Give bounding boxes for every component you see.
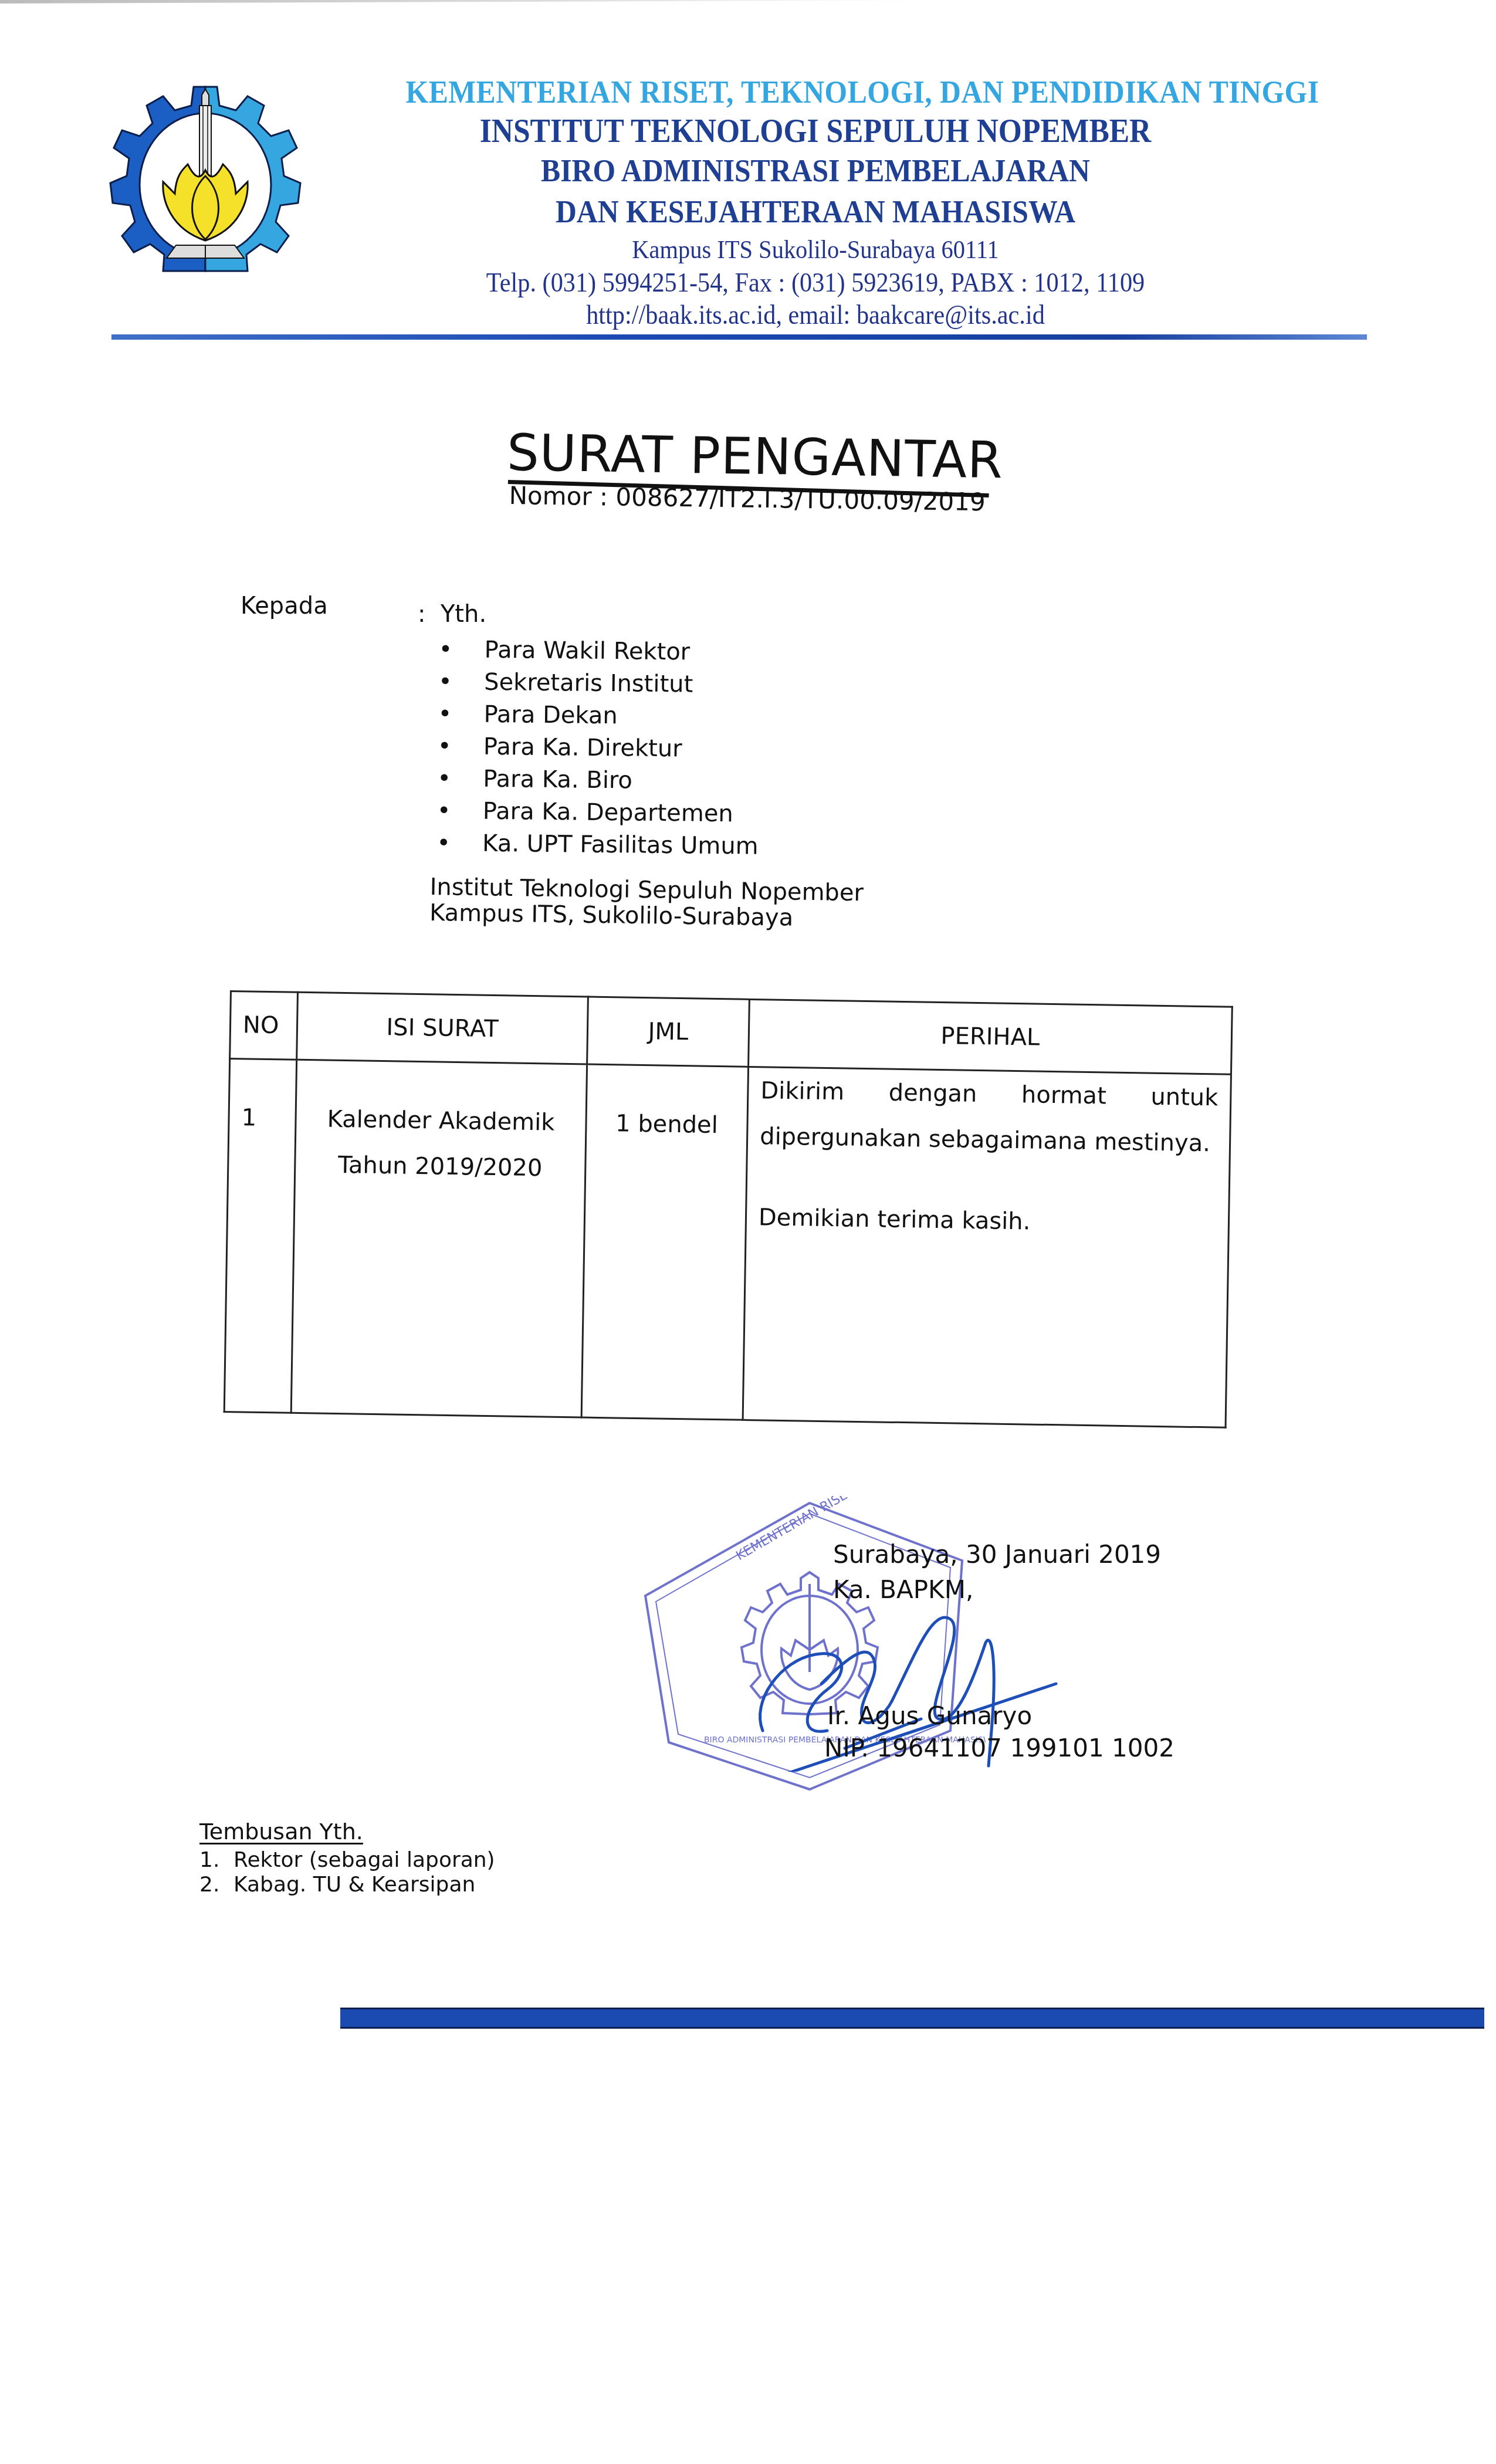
perihal-line2: dipergunakan sebagaimana mestinya. [760,1113,1218,1166]
letter-number: Nomor : 008627/IT2.I.3/TU.00.09/2019 [509,481,986,516]
header-divider [111,334,1367,340]
recipient-list: Para Wakil Rektor Sekretaris Institut Pa… [436,634,760,863]
cc-item: 1.Rektor (sebagai laporan) [199,1848,495,1873]
cell-isi-surat: Kalender Akademik Tahun 2019/2020 [291,1060,587,1417]
its-logo-icon [106,82,305,276]
letterhead-bureau-line2: DAN KESEJAHTERAAN MAHASISWA [324,194,1307,230]
table-row: 1 Kalender Akademik Tahun 2019/2020 1 be… [224,1059,1231,1428]
addressee-label: Kepada [241,593,328,620]
isi-line1: Kalender Akademik [297,1096,585,1146]
recipient-item: Para Wakil Rektor [438,634,760,669]
perihal-line3: Demikian terima kasih. [758,1194,1216,1247]
recipient-item: Sekretaris Institut [438,666,760,702]
recipient-item: Ka. UPT Fasilitas Umum [436,827,759,863]
recipient-item: Para Ka. Biro [437,763,759,798]
letterhead-ministry: KEMENTERIAN RISET, TEKNOLOGI, DAN PENDID… [371,74,1353,110]
recipient-item: Para Ka. Direktur [438,730,760,766]
recipient-item: Para Ka. Departemen [437,795,759,831]
recipient-address: Institut Teknologi Sepuluh Nopember Kamp… [429,874,864,932]
contents-table-wrapper: NO ISI SURAT JML PERIHAL 1 Kalender Akad… [224,990,1233,1429]
letterhead-bureau-line1: BIRO ADMINISTRASI PEMBELAJARAN [324,153,1307,189]
cc-list: 1.Rektor (sebagai laporan) 2.Kabag. TU &… [199,1848,495,1897]
footer-divider [340,2008,1484,2029]
letterhead-campus: Kampus ITS Sukolilo-Surabaya 60111 [324,235,1307,265]
cell-perihal: Dikirim dengan hormat untuk dipergunakan… [743,1067,1231,1427]
cell-no: 1 [224,1059,296,1413]
signatory-name: Ir. Agus Gunaryo [827,1701,1032,1730]
header-jml: JML [587,997,750,1067]
contents-table: NO ISI SURAT JML PERIHAL 1 Kalender Akad… [224,990,1233,1429]
signatory-nip: NIP. 19641107 199101 1002 [824,1734,1175,1762]
cc-title: Tembusan Yth. [199,1819,363,1844]
signature-place-date: Surabaya, 30 Januari 2019 [833,1540,1161,1569]
letterhead-institute: INSTITUT TEKNOLOGI SEPULUH NOPEMBER [324,113,1307,150]
isi-line2: Tahun 2019/2020 [296,1142,584,1192]
cell-jml: 1 bendel [581,1064,748,1420]
addressee-colon: : [418,601,425,628]
salutation-text: Yth. [441,601,486,628]
scan-edge [0,0,939,4]
letterhead-web: http://baak.its.ac.id, email: baakcare@i… [324,299,1307,330]
perihal-line1: Dikirim dengan hormat untuk [760,1068,1219,1121]
cc-item: 2.Kabag. TU & Kearsipan [199,1873,495,1897]
header-perihal: PERIHAL [749,999,1233,1074]
addressee-salutation: : Yth. [418,601,486,628]
letterhead-contact: Telp. (031) 5994251-54, Fax : (031) 5923… [324,267,1307,298]
header-isi-surat: ISI SURAT [297,992,588,1064]
header-no: NO [230,991,298,1060]
recipient-item: Para Dekan [438,698,760,734]
letter-title: SURAT PENGANTAR [506,424,1003,490]
